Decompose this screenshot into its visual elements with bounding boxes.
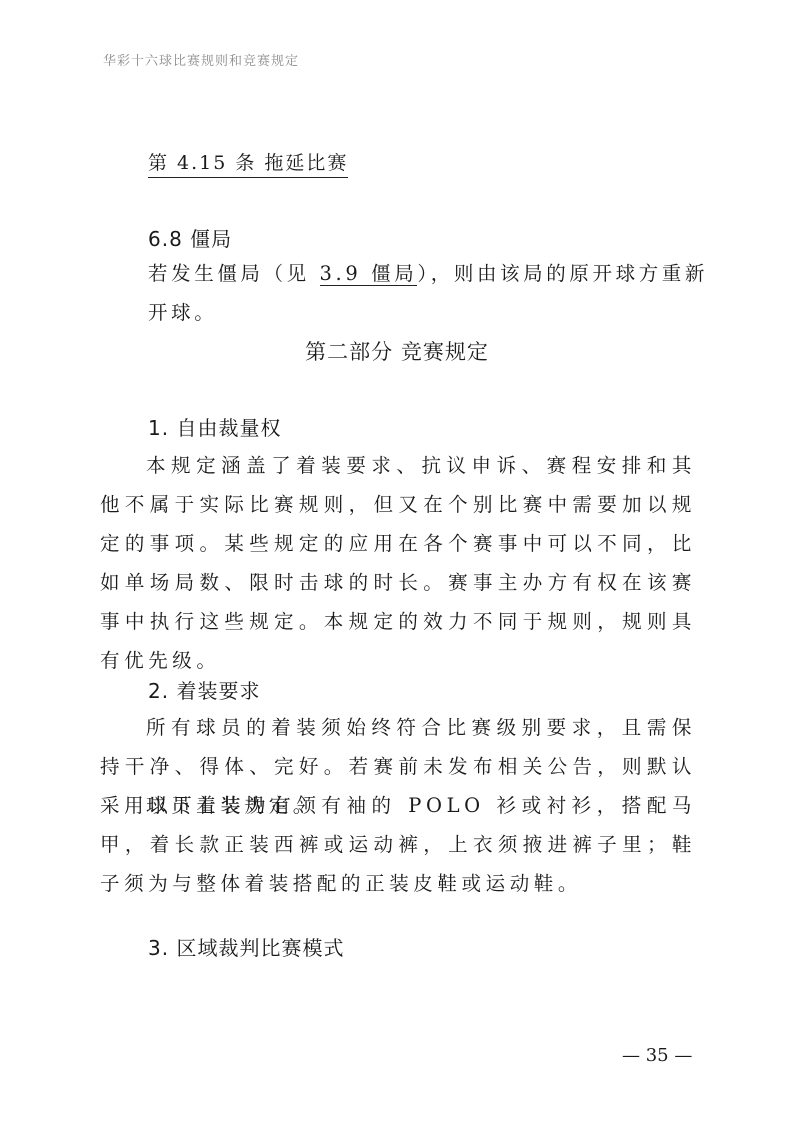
section-6-8-text: 若发生僵局（见 3.9 僵局），则由该局的原开球方重新开球。: [148, 254, 708, 332]
section-heading-3: 3. 区域裁判比赛模式: [148, 932, 344, 961]
section-1-paragraph: 本规定涵盖了着装要求、抗议申诉、赛程安排和其他不属于实际比赛规则，但又在个别比赛…: [100, 446, 696, 680]
section-heading-2: 2. 着装要求: [148, 675, 260, 704]
cross-reference-link[interactable]: 3.9 僵局: [320, 262, 418, 286]
section-2-paragraph-2: 球员上装为有领有袖的 POLO 衫或衬衫，搭配马甲，着长款正装西裤或运动裤，上衣…: [100, 786, 696, 903]
article-reference-link[interactable]: 第 4.15 条 拖延比赛: [148, 150, 348, 178]
section-heading-6-8: 6.8 僵局: [148, 223, 232, 252]
section-heading-1: 1. 自由裁量权: [148, 412, 281, 441]
running-header: 华彩十六球比赛规则和竞赛规定: [103, 50, 299, 69]
page-number: — 35 —: [622, 1045, 692, 1066]
text-before-link: 若发生僵局（见: [148, 262, 320, 285]
part-title: 第二部分 竞赛规定: [0, 336, 794, 366]
